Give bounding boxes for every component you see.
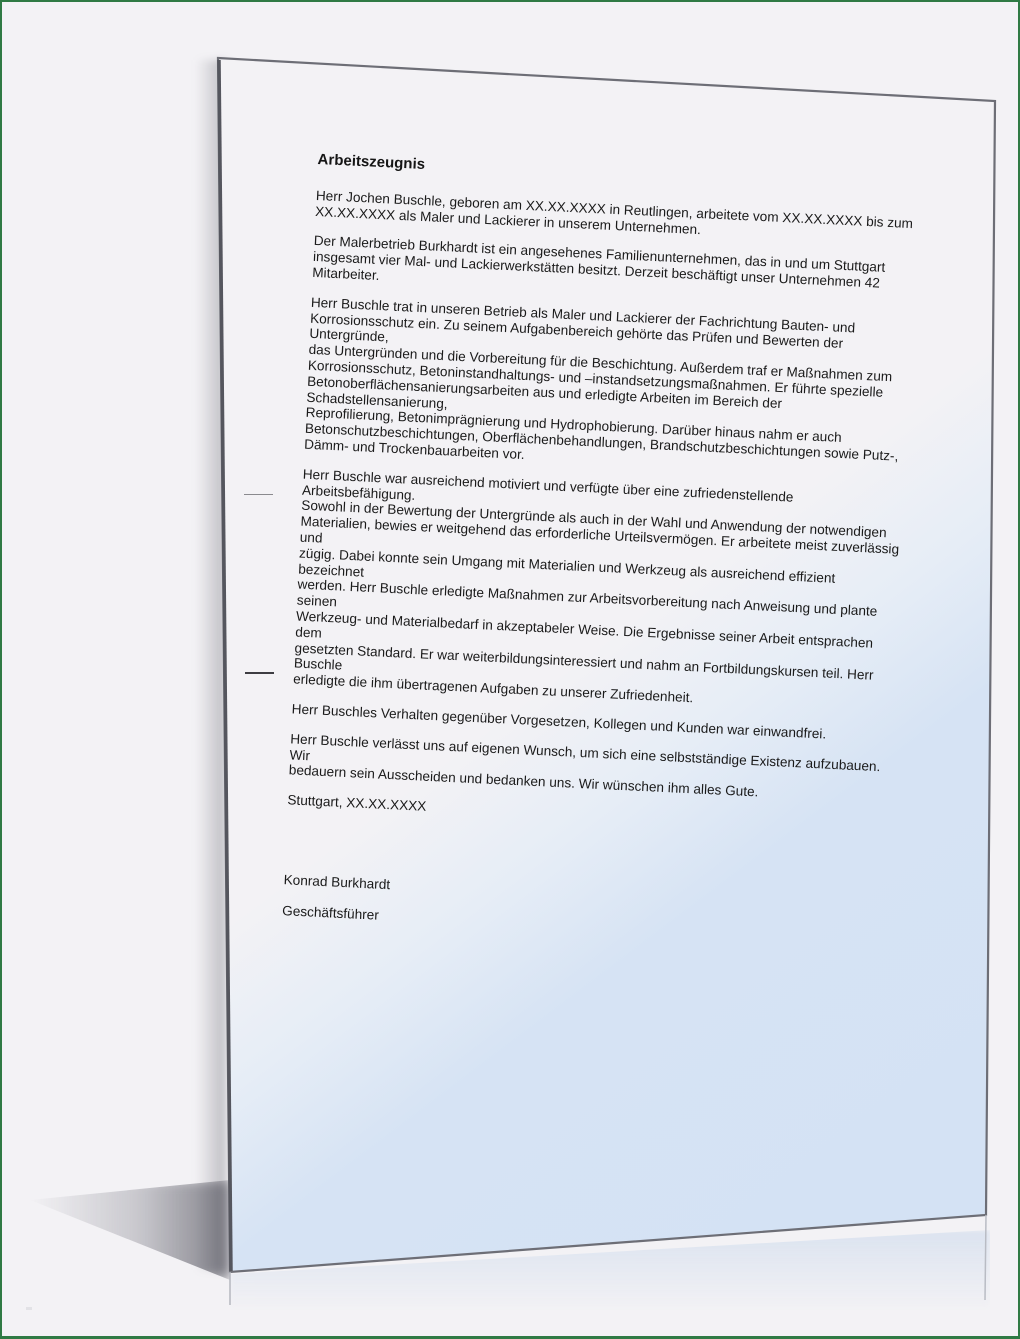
paragraph-company: Der Malerbetrieb Burkhardt ist ein anges… bbox=[312, 233, 914, 309]
page-shadow-wedge bbox=[30, 1180, 230, 1280]
paragraph-performance: Herr Buschle war ausreichend motiviert u… bbox=[293, 466, 903, 715]
paragraph-duties: Herr Buschle trat in unseren Betrieb als… bbox=[304, 295, 911, 481]
paragraph-closing: Herr Buschle verlässt uns auf eigenen Wu… bbox=[288, 731, 890, 807]
fold-mark-upper bbox=[244, 494, 273, 495]
punch-mark bbox=[245, 672, 274, 674]
speck bbox=[26, 1307, 32, 1310]
letter-content: Arbeitszeugnis Herr Jochen Buschle, gebo… bbox=[281, 152, 917, 963]
